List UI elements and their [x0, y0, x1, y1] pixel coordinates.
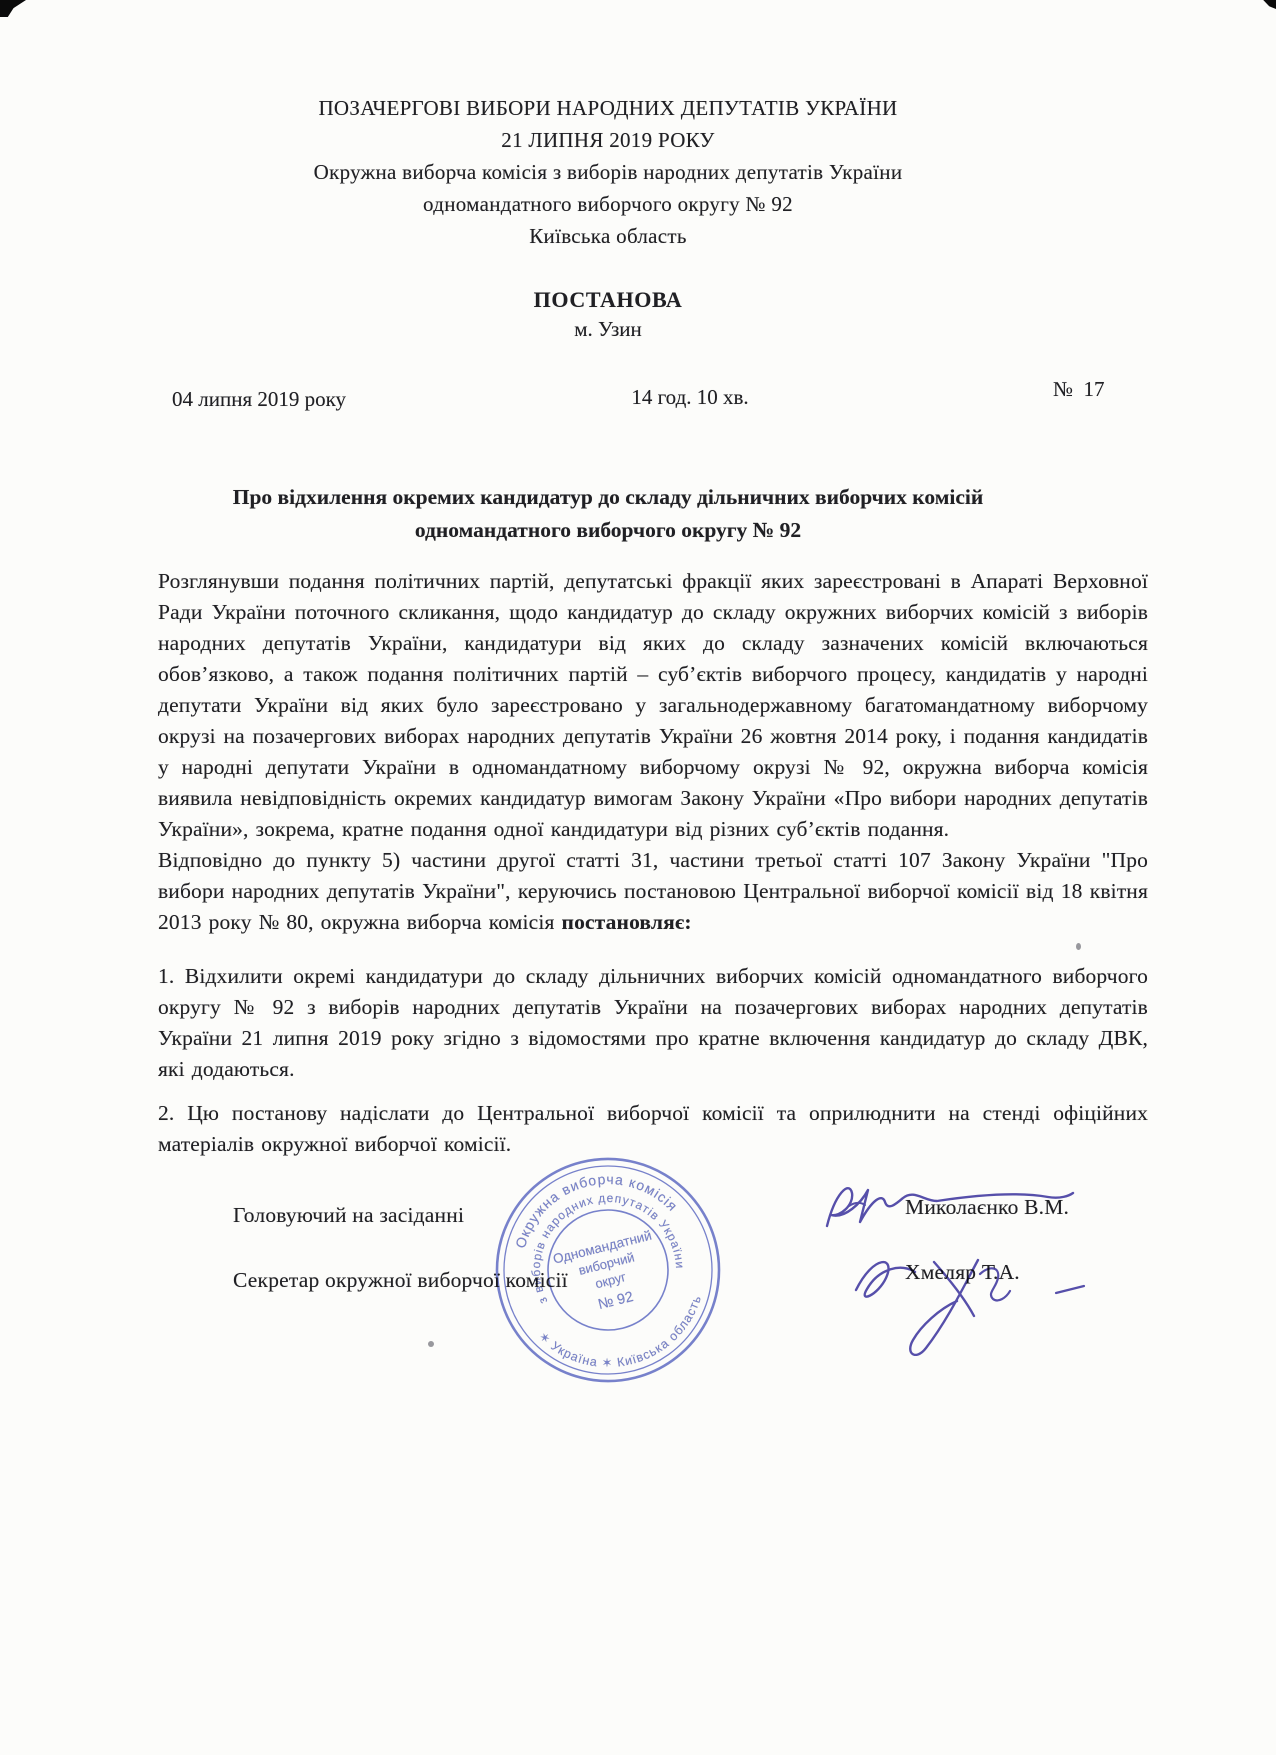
resolution-point-1: 1. Відхилити окремі кандидатури до склад… [158, 961, 1148, 1085]
resolution-place: м. Узин [0, 317, 1246, 342]
legal-basis-resolves-word: постановляє: [562, 910, 692, 934]
body-paragraph-legal-basis: Відповідно до пункту 5) частини другої с… [158, 845, 1148, 938]
header-region: Київська область [0, 220, 1246, 252]
resolution-number: № 17 [1053, 377, 1105, 402]
document-body: Розглянувши подання політичних партій, д… [158, 566, 1148, 1160]
document-title: Про відхилення окремих кандидатур до скл… [0, 481, 1246, 547]
signature-scrawl-chairman [805, 1172, 1095, 1242]
header-election-name: ПОЗАЧЕРГОВІ ВИБОРИ НАРОДНИХ ДЕПУТАТІВ УК… [0, 92, 1246, 124]
header-commission-name: Окружна виборча комісія з виборів народн… [0, 156, 1246, 188]
document-title-line1: Про відхилення окремих кандидатур до скл… [0, 481, 1246, 514]
header-district-number: одномандатного виборчого округу № 92 [0, 188, 1246, 220]
resolution-time: 14 год. 10 хв. [560, 385, 820, 410]
signature-scrawl-secretary [818, 1236, 1108, 1356]
scan-speck [428, 1341, 434, 1347]
stamp-center-line4: № 92 [596, 1289, 635, 1313]
signature-role-chairman: Головуючий на засіданні [233, 1203, 464, 1228]
resolution-type-label: ПОСТАНОВА [0, 287, 1246, 313]
scan-artifact-top-right [1259, 0, 1276, 9]
document-header: ПОЗАЧЕРГОВІ ВИБОРИ НАРОДНИХ ДЕПУТАТІВ УК… [0, 92, 1246, 252]
header-election-date: 21 ЛИПНЯ 2019 РОКУ [0, 124, 1246, 156]
resolution-heading: ПОСТАНОВА м. Узин [0, 287, 1246, 342]
body-paragraph-preamble: Розглянувши подання політичних партій, д… [158, 566, 1148, 845]
scan-artifact-top-left [0, 0, 26, 17]
resolution-date: 04 липня 2019 року [172, 387, 346, 412]
scanned-document-page: ПОЗАЧЕРГОВІ ВИБОРИ НАРОДНИХ ДЕПУТАТІВ УК… [0, 0, 1276, 1755]
document-title-line2: одномандатного виборчого округу № 92 [0, 514, 1246, 547]
commission-round-stamp: Окружна виборча комісія ✶ Україна ✶ Київ… [458, 1120, 758, 1420]
